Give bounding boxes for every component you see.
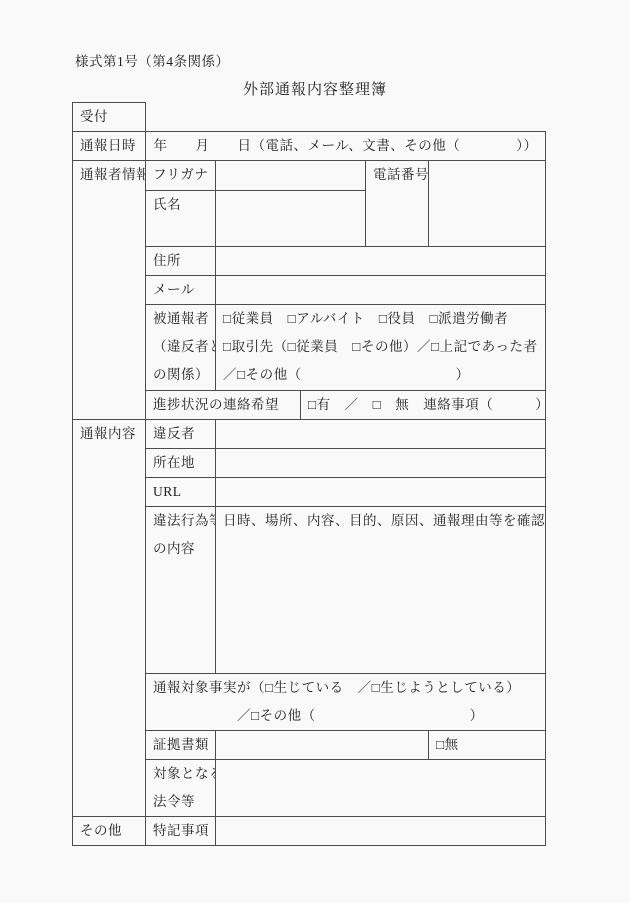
url-label: URL	[146, 478, 216, 507]
progress-contact-label: 進捗状況の連絡希望	[146, 391, 301, 420]
name-label: 氏名	[146, 191, 216, 247]
url-field	[216, 478, 546, 507]
phone-label: 電話番号	[366, 161, 429, 247]
reception-label: 受付	[73, 103, 146, 132]
row-reception: 受付	[73, 103, 546, 132]
email-label: メール	[146, 276, 216, 305]
reported-person-option-line: □取引先（□従業員 □その他）／□上記であった者	[223, 333, 538, 361]
address-field	[216, 247, 546, 276]
reporter-section-label: 通報者情報	[73, 161, 146, 420]
report-datetime-value: 年 月 日（電話、メール、文書、その他（ ））	[146, 132, 546, 161]
applicable-laws-label-line: 法令等	[153, 788, 208, 816]
evidence-label: 証拠書類	[146, 731, 216, 760]
reported-person-label-line: の関係）	[153, 361, 208, 389]
remarks-field	[216, 817, 546, 846]
address-label: 住所	[146, 247, 216, 276]
reported-person-label: 被通報者 （違反者と の関係）	[146, 305, 216, 391]
applicable-laws-label: 対象となる 法令等	[146, 760, 216, 817]
furigana-field	[216, 161, 366, 191]
location-field	[216, 449, 546, 478]
reported-person-option-line: ／□その他（ ）	[223, 361, 538, 389]
fact-status-line: 通報対象事実が（□生じている ／□生じようとしている）	[153, 674, 538, 702]
location-label: 所在地	[146, 449, 216, 478]
phone-field	[429, 161, 546, 247]
illegal-act-note: 日時、場所、内容、目的、原因、通報理由等を確認	[216, 507, 546, 674]
furigana-label: フリガナ	[146, 161, 216, 191]
row-violator: 通報内容 違反者	[73, 420, 546, 449]
email-field	[216, 276, 546, 305]
content-section-label: 通報内容	[73, 420, 146, 817]
remarks-label: 特記事項	[146, 817, 216, 846]
evidence-field	[216, 731, 429, 760]
name-field	[216, 191, 366, 247]
evidence-none-checkbox: □無	[429, 731, 546, 760]
reported-person-option-line: □従業員 □アルバイト □役員 □派遣労働者	[223, 305, 538, 333]
row-furigana: 通報者情報 フリガナ 電話番号	[73, 161, 546, 191]
row-report-datetime: 通報日時 年 月 日（電話、メール、文書、その他（ ））	[73, 132, 546, 161]
reported-person-label-line: 被通報者	[153, 305, 208, 333]
applicable-laws-label-line: 対象となる	[153, 760, 208, 788]
report-form-table: 受付 通報日時 年 月 日（電話、メール、文書、その他（ ）） 通報者情報 フリ…	[72, 102, 546, 846]
illegal-act-label: 違法行為等 の内容	[146, 507, 216, 674]
violator-label: 違反者	[146, 420, 216, 449]
illegal-act-label-line: 違法行為等	[153, 507, 208, 535]
illegal-act-label-line: の内容	[153, 535, 208, 563]
report-datetime-label: 通報日時	[73, 132, 146, 161]
progress-contact-options: □有 ／ □ 無 連絡事項（ ）	[301, 391, 546, 420]
fact-status-line: ／□その他（ ）	[153, 702, 538, 730]
row-remarks: その他 特記事項	[73, 817, 546, 846]
form-number: 様式第1号（第4条関係）	[75, 53, 630, 71]
other-section-label: その他	[73, 817, 146, 846]
reported-person-options: □従業員 □アルバイト □役員 □派遣労働者 □取引先（□従業員 □その他）／□…	[216, 305, 546, 391]
fact-status-options: 通報対象事実が（□生じている ／□生じようとしている） ／□その他（ ）	[146, 674, 546, 731]
violator-field	[216, 420, 546, 449]
reception-value-cell	[146, 103, 546, 132]
document-page: 様式第1号（第4条関係） 外部通報内容整理簿 受付 通報日時 年 月 日（電話、…	[0, 0, 630, 903]
reported-person-label-line: （違反者と	[153, 333, 208, 361]
page-title: 外部通報内容整理簿	[0, 80, 630, 100]
applicable-laws-field	[216, 760, 546, 817]
